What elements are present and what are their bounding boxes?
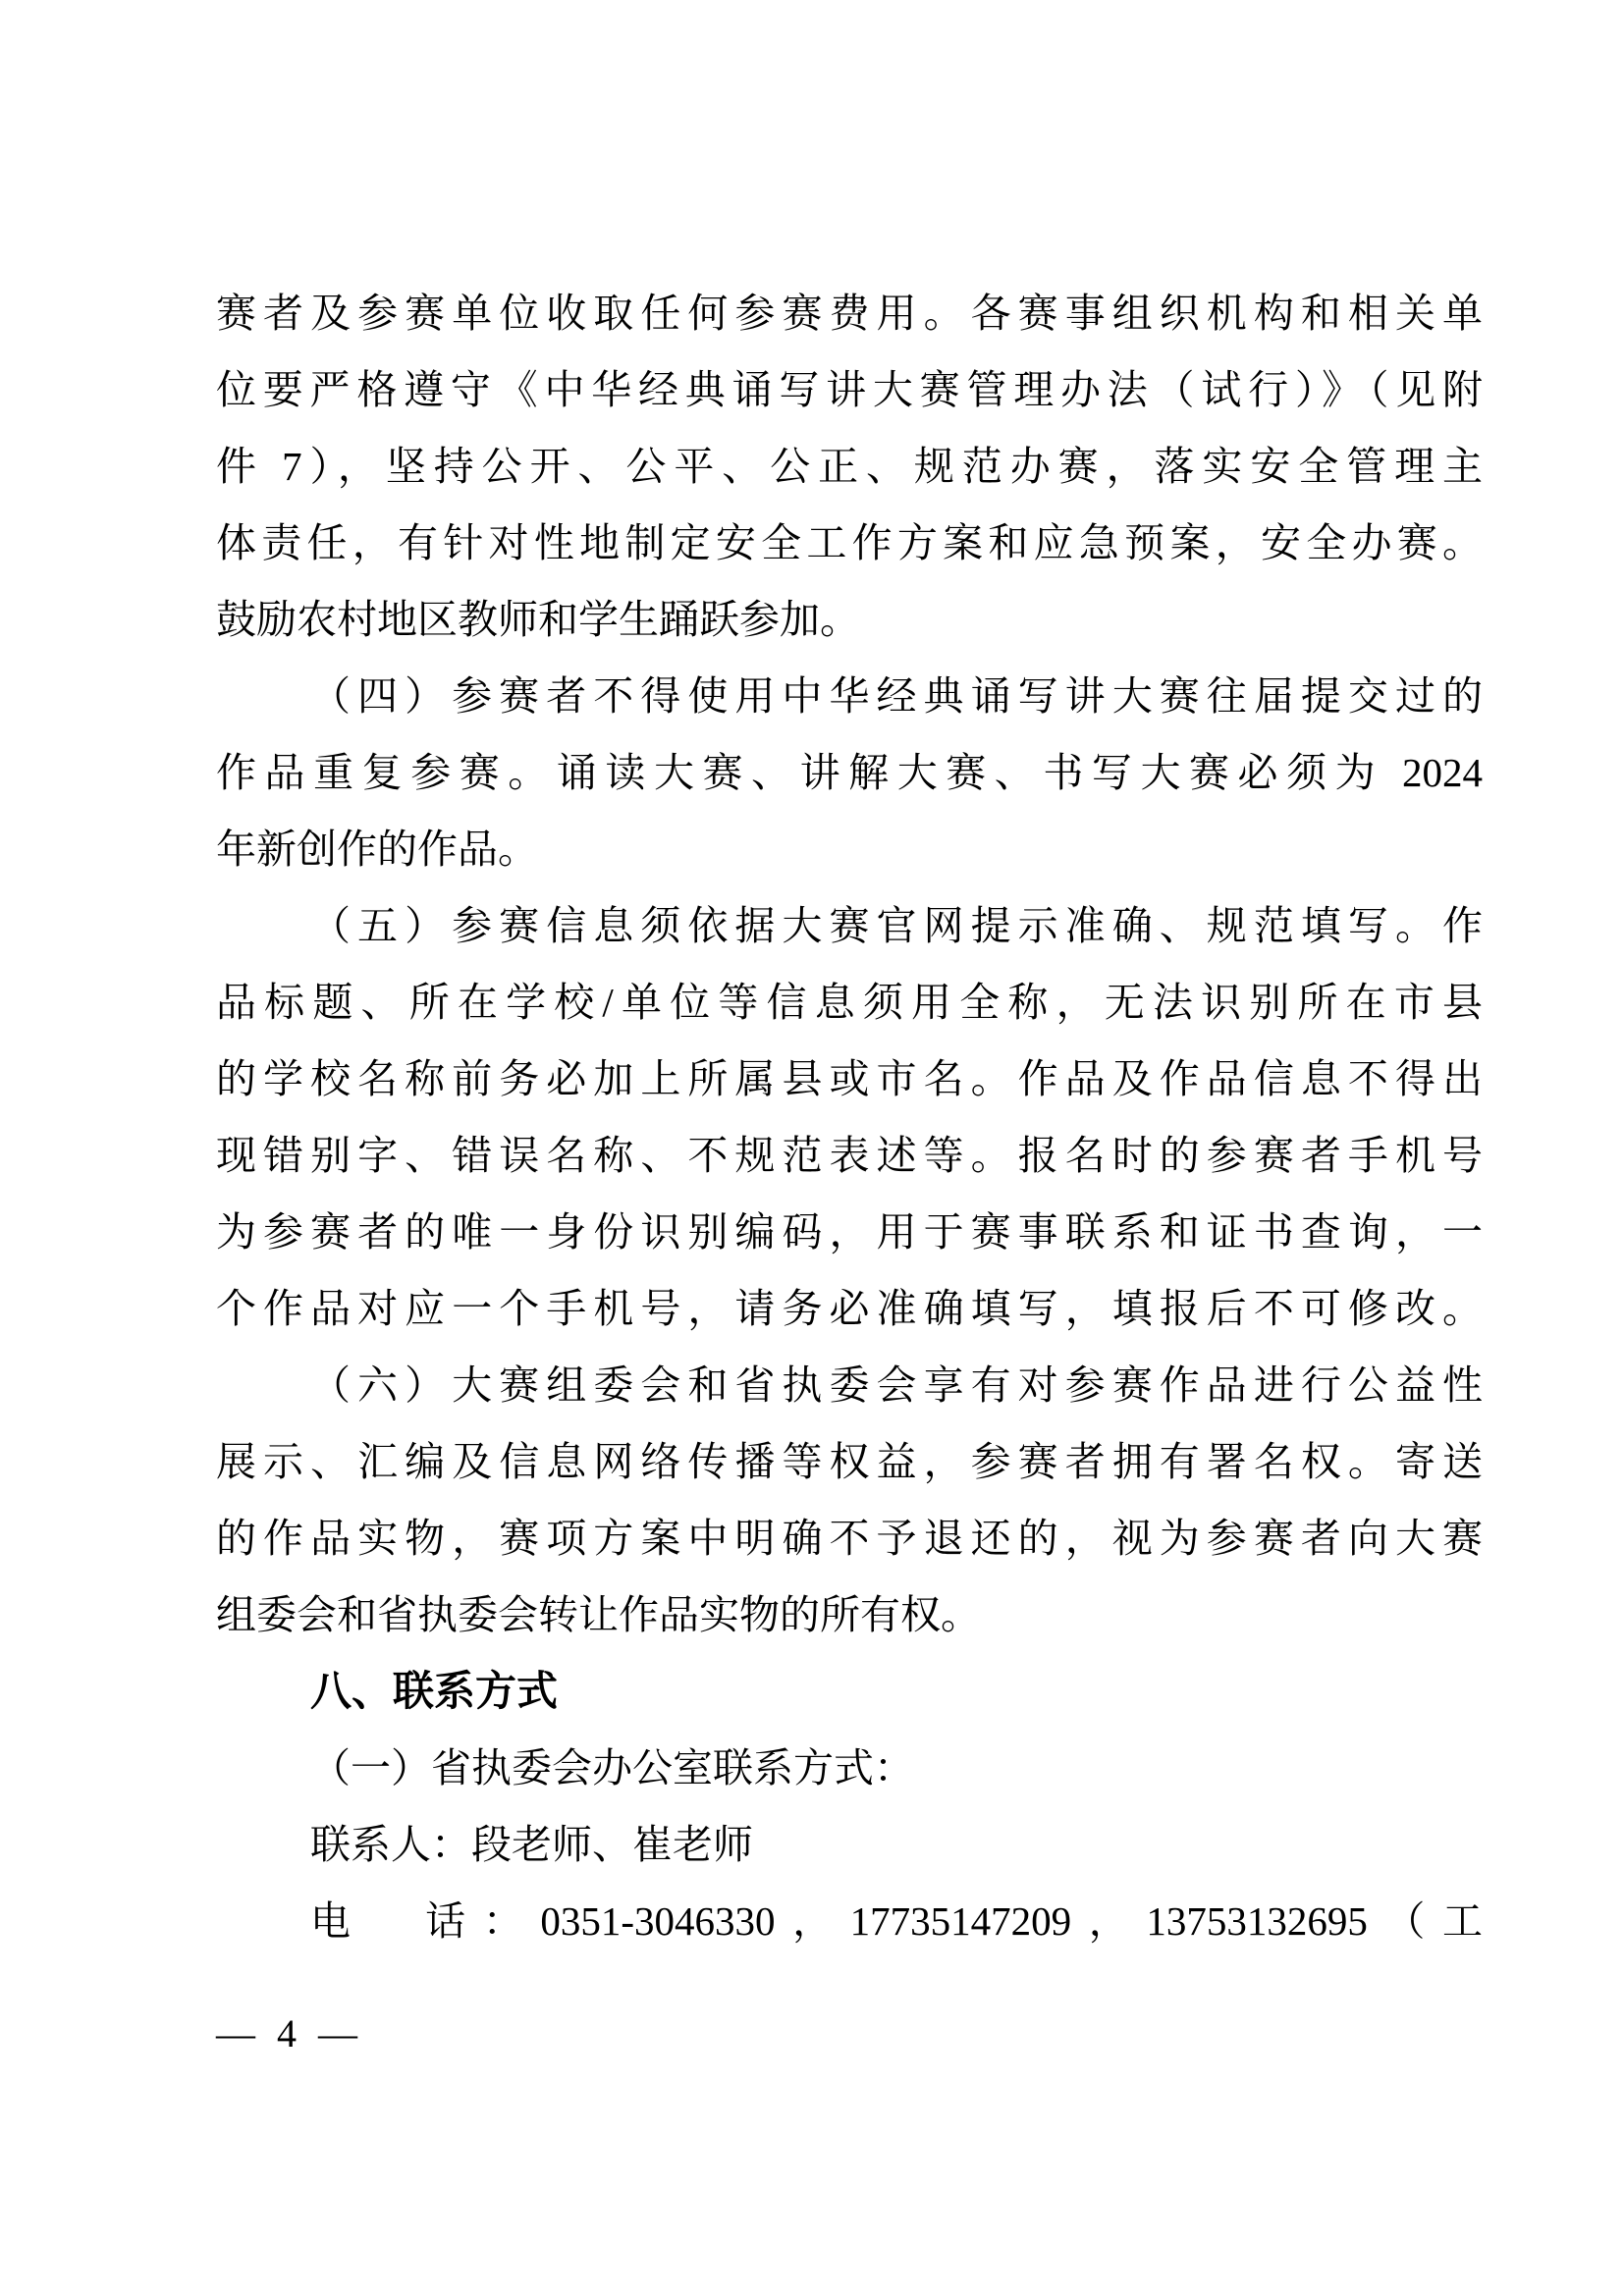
document-text-block: 赛者及参赛单位收取任何参赛费用。各赛事组织机构和相关单位要严格遵守《中华经典诵写… bbox=[216, 275, 1483, 1959]
text-line: 作品重复参赛。诵读大赛、讲解大赛、书写大赛必须为 2024 bbox=[216, 734, 1483, 811]
text-line: （四）参赛者不得使用中华经典诵写讲大赛往届提交过的 bbox=[216, 658, 1483, 734]
text-line: 为参赛者的唯一身份识别编码，用于赛事联系和证书查询，一 bbox=[216, 1194, 1483, 1270]
text-line: 年新创作的作品。 bbox=[216, 811, 1483, 887]
page-number: — 4 — bbox=[216, 1996, 363, 2072]
text-line: 品标题、所在学校/单位等信息须用全称，无法识别所在市县 bbox=[216, 964, 1483, 1041]
text-line: 件 7），坚持公开、公平、公正、规范办赛，落实安全管理主 bbox=[216, 428, 1483, 505]
text-line: 展示、汇编及信息网络传播等权益，参赛者拥有署名权。寄送 bbox=[216, 1423, 1483, 1500]
text-line: 组委会和省执委会转让作品实物的所有权。 bbox=[216, 1576, 1483, 1653]
text-line: 的作品实物，赛项方案中明确不予退还的，视为参赛者向大赛 bbox=[216, 1500, 1483, 1576]
text-line: 个作品对应一个手机号，请务必准确填写，填报后不可修改。 bbox=[216, 1270, 1483, 1347]
document-page: 赛者及参赛单位收取任何参赛费用。各赛事组织机构和相关单位要严格遵守《中华经典诵写… bbox=[0, 0, 1624, 2296]
text-line: 联系人：段老师、崔老师 bbox=[216, 1806, 1483, 1883]
text-line: （一）省执委会办公室联系方式： bbox=[216, 1730, 1483, 1806]
section-heading: 八、联系方式 bbox=[216, 1653, 1483, 1730]
text-line: 体责任，有针对性地制定安全工作方案和应急预案，安全办赛。 bbox=[216, 505, 1483, 581]
text-line: 赛者及参赛单位收取任何参赛费用。各赛事组织机构和相关单 bbox=[216, 275, 1483, 351]
text-line: 的学校名称前务必加上所属县或市名。作品及作品信息不得出 bbox=[216, 1041, 1483, 1117]
text-line: （六）大赛组委会和省执委会享有对参赛作品进行公益性 bbox=[216, 1347, 1483, 1423]
text-line: 位要严格遵守《中华经典诵写讲大赛管理办法（试行）》（见附 bbox=[216, 351, 1483, 428]
text-line: 鼓励农村地区教师和学生踊跃参加。 bbox=[216, 581, 1483, 658]
text-line: 现错别字、错误名称、不规范表述等。报名时的参赛者手机号 bbox=[216, 1117, 1483, 1194]
text-line: 电 话：0351-3046330，17735147209，13753132695… bbox=[216, 1883, 1483, 1959]
text-line: （五）参赛信息须依据大赛官网提示准确、规范填写。作 bbox=[216, 887, 1483, 964]
